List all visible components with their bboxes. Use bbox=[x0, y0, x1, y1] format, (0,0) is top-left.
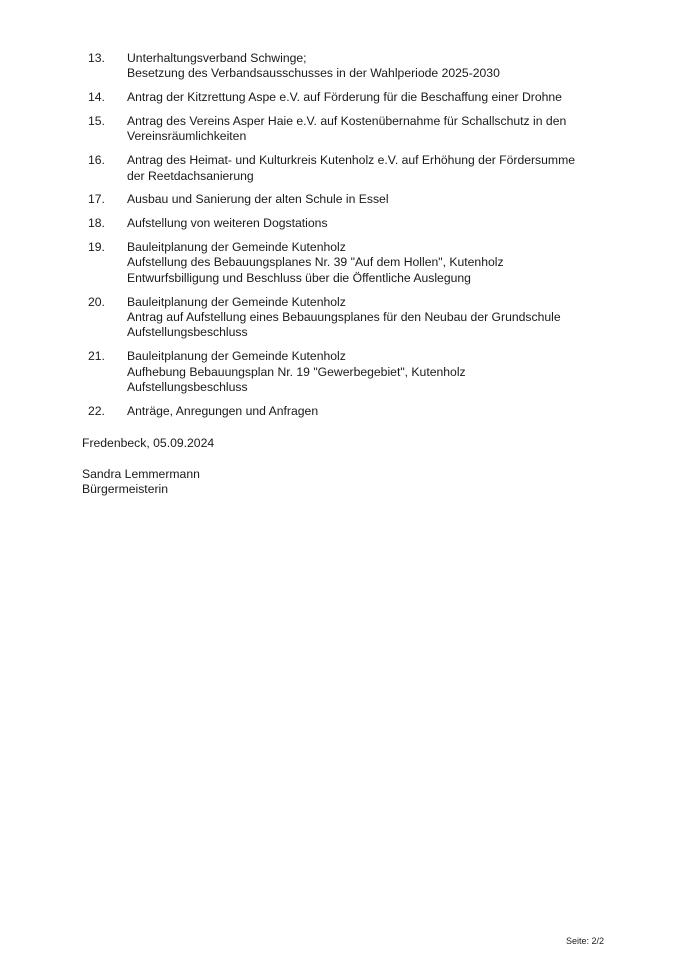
agenda-item: 15.Antrag des Vereins Asper Haie e.V. au… bbox=[88, 114, 648, 145]
agenda-item-line: Antrag auf Aufstellung eines Bebauungspl… bbox=[127, 310, 648, 325]
agenda-item-line: Aufstellungsbeschluss bbox=[127, 325, 648, 340]
agenda-item-line: Antrag des Heimat- und Kulturkreis Kuten… bbox=[127, 153, 648, 168]
agenda-item-line: Aufstellungsbeschluss bbox=[127, 380, 648, 395]
agenda-item-number: 16. bbox=[88, 153, 127, 184]
agenda-item-number: 15. bbox=[88, 114, 127, 145]
agenda-item-number: 22. bbox=[88, 404, 127, 419]
agenda-item-text: Unterhaltungsverband Schwinge;Besetzung … bbox=[127, 51, 648, 82]
agenda-item: 17.Ausbau und Sanierung der alten Schule… bbox=[88, 192, 648, 207]
agenda-item-line: Entwurfsbilligung und Beschluss über die… bbox=[127, 271, 648, 286]
agenda-item-line: Unterhaltungsverband Schwinge; bbox=[127, 51, 648, 66]
agenda-item-text: Antrag der Kitzrettung Aspe e.V. auf För… bbox=[127, 90, 648, 105]
signer-name: Sandra Lemmermann bbox=[82, 467, 200, 482]
agenda-item-number: 17. bbox=[88, 192, 127, 207]
place-date: Fredenbeck, 05.09.2024 bbox=[82, 436, 214, 451]
agenda-item-text: Aufstellung von weiteren Dogstations bbox=[127, 216, 648, 231]
agenda-item-line: Bauleitplanung der Gemeinde Kutenholz bbox=[127, 349, 648, 364]
signer-title: Bürgermeisterin bbox=[82, 482, 200, 497]
agenda-item-number: 18. bbox=[88, 216, 127, 231]
agenda-item-line: Aufhebung Bebauungsplan Nr. 19 "Gewerbeg… bbox=[127, 365, 648, 380]
agenda-item-number: 21. bbox=[88, 349, 127, 395]
agenda-item: 19.Bauleitplanung der Gemeinde Kutenholz… bbox=[88, 240, 648, 286]
agenda-item-line: der Reetdachsanierung bbox=[127, 169, 648, 184]
agenda-item-line: Ausbau und Sanierung der alten Schule in… bbox=[127, 192, 648, 207]
agenda-item: 13.Unterhaltungsverband Schwinge;Besetzu… bbox=[88, 51, 648, 82]
agenda-item: 22.Anträge, Anregungen und Anfragen bbox=[88, 404, 648, 419]
agenda-item-line: Aufstellung des Bebauungsplanes Nr. 39 "… bbox=[127, 255, 648, 270]
agenda-item-text: Bauleitplanung der Gemeinde KutenholzAuf… bbox=[127, 349, 648, 395]
agenda-item-line: Besetzung des Verbandsausschusses in der… bbox=[127, 66, 648, 81]
agenda-item: 18.Aufstellung von weiteren Dogstations bbox=[88, 216, 648, 231]
agenda-item-line: Vereinsräumlichkeiten bbox=[127, 129, 648, 144]
page-number: Seite: 2/2 bbox=[566, 936, 604, 946]
agenda-item-line: Anträge, Anregungen und Anfragen bbox=[127, 404, 648, 419]
agenda-item-number: 19. bbox=[88, 240, 127, 286]
agenda-item-text: Bauleitplanung der Gemeinde KutenholzAnt… bbox=[127, 295, 648, 341]
agenda-item-text: Bauleitplanung der Gemeinde KutenholzAuf… bbox=[127, 240, 648, 286]
agenda-item: 16.Antrag des Heimat- und Kulturkreis Ku… bbox=[88, 153, 648, 184]
agenda-item: 21.Bauleitplanung der Gemeinde Kutenholz… bbox=[88, 349, 648, 395]
agenda-item-number: 14. bbox=[88, 90, 127, 105]
agenda-item-line: Antrag der Kitzrettung Aspe e.V. auf För… bbox=[127, 90, 648, 105]
agenda-item: 14.Antrag der Kitzrettung Aspe e.V. auf … bbox=[88, 90, 648, 105]
agenda-item-number: 13. bbox=[88, 51, 127, 82]
signature-block: Sandra Lemmermann Bürgermeisterin bbox=[82, 467, 200, 498]
agenda-list: 13.Unterhaltungsverband Schwinge;Besetzu… bbox=[88, 51, 648, 428]
agenda-item-text: Antrag des Vereins Asper Haie e.V. auf K… bbox=[127, 114, 648, 145]
agenda-item-text: Anträge, Anregungen und Anfragen bbox=[127, 404, 648, 419]
agenda-item-text: Antrag des Heimat- und Kulturkreis Kuten… bbox=[127, 153, 648, 184]
agenda-item-line: Bauleitplanung der Gemeinde Kutenholz bbox=[127, 295, 648, 310]
agenda-item-line: Aufstellung von weiteren Dogstations bbox=[127, 216, 648, 231]
agenda-item: 20.Bauleitplanung der Gemeinde Kutenholz… bbox=[88, 295, 648, 341]
agenda-item-text: Ausbau und Sanierung der alten Schule in… bbox=[127, 192, 648, 207]
agenda-item-line: Bauleitplanung der Gemeinde Kutenholz bbox=[127, 240, 648, 255]
agenda-item-line: Antrag des Vereins Asper Haie e.V. auf K… bbox=[127, 114, 648, 129]
agenda-item-number: 20. bbox=[88, 295, 127, 341]
